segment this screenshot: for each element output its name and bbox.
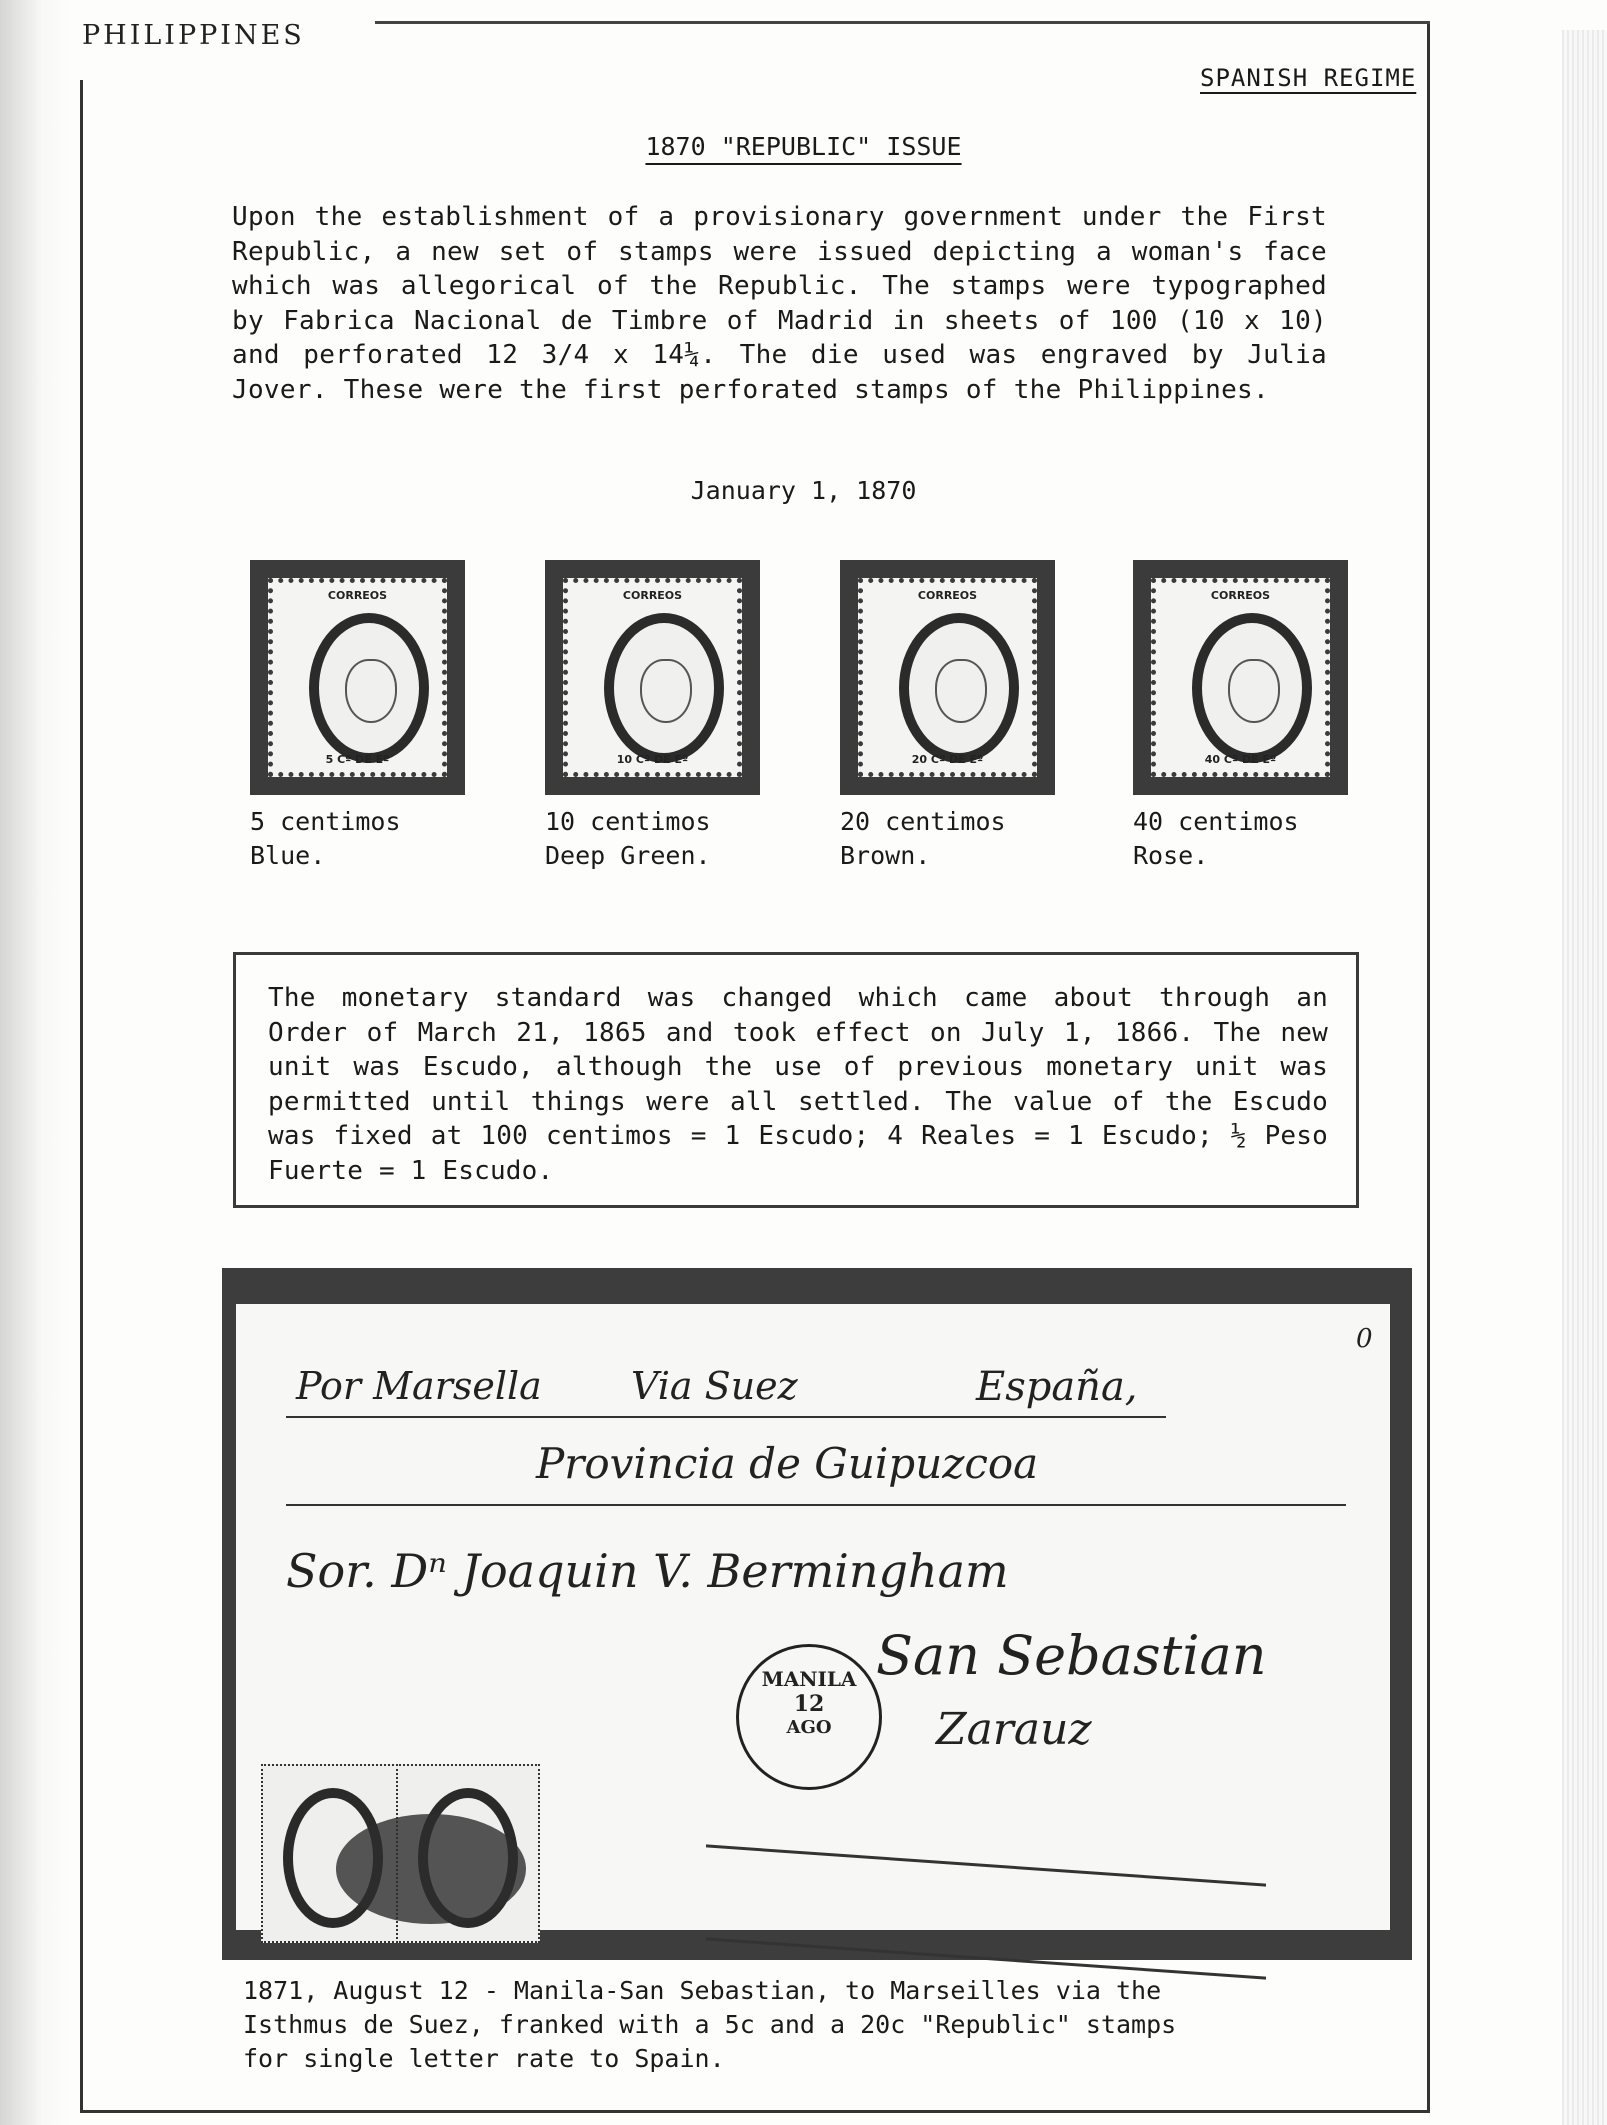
stamp-caption: 40 centimos Rose. (1133, 805, 1353, 873)
stamp-caption: 20 centimos Brown. (840, 805, 1060, 873)
stamp-10c: CORREOS 10 Cº DE Eº 10 centimos Deep Gre… (545, 560, 765, 873)
stamp-image: CORREOS 20 Cº DE Eº (840, 560, 1055, 795)
stamp-20c: CORREOS 20 Cº DE Eº 20 centimos Brown. (840, 560, 1060, 873)
allegory-face-icon (935, 659, 987, 723)
frame-left-rule (80, 80, 83, 2110)
stamp-image: CORREOS 10 Cº DE Eº (545, 560, 760, 795)
section-label: PHILIPPINES (82, 20, 305, 51)
postal-cover-image: Por Marsella Via Suez España, 0 Provinci… (222, 1268, 1412, 1960)
monetary-note-box: The monetary standard was changed which … (233, 952, 1359, 1208)
cover-caption: 1871, August 12 - Manila-San Sebastian, … (243, 1974, 1343, 2076)
manila-postmark: MANILA 12 AGO (736, 1644, 882, 1790)
intro-paragraph: Upon the establishment of a provisionary… (232, 200, 1327, 407)
scan-edge-shadow (0, 0, 70, 2125)
issue-date: January 1, 1870 (0, 476, 1607, 505)
page-binding-edge (1562, 30, 1607, 2125)
frame-top-rule (375, 21, 1430, 24)
stamp-image: CORREOS 40 Cº DE Eº (1133, 560, 1348, 795)
stamp-image: CORREOS 5 Cº DE Eº (250, 560, 465, 795)
regime-heading: SPANISH REGIME (1200, 64, 1416, 92)
allegory-face-icon (345, 659, 397, 723)
stamp-5c: CORREOS 5 Cº DE Eº 5 centimos Blue. (250, 560, 470, 873)
allegory-face-icon (1228, 659, 1280, 723)
stamp-caption: 10 centimos Deep Green. (545, 805, 765, 873)
page-title: 1870 "REPUBLIC" ISSUE (0, 132, 1607, 161)
signature-scrawl (706, 1844, 1266, 1979)
allegory-face-icon (640, 659, 692, 723)
stamp-40c: CORREOS 40 Cº DE Eº 40 centimos Rose. (1133, 560, 1353, 873)
stamp-caption: 5 centimos Blue. (250, 805, 470, 873)
cancellation-mark (336, 1814, 526, 1924)
stamp-row: CORREOS 5 Cº DE Eº 5 centimos Blue. CORR… (0, 560, 1607, 880)
